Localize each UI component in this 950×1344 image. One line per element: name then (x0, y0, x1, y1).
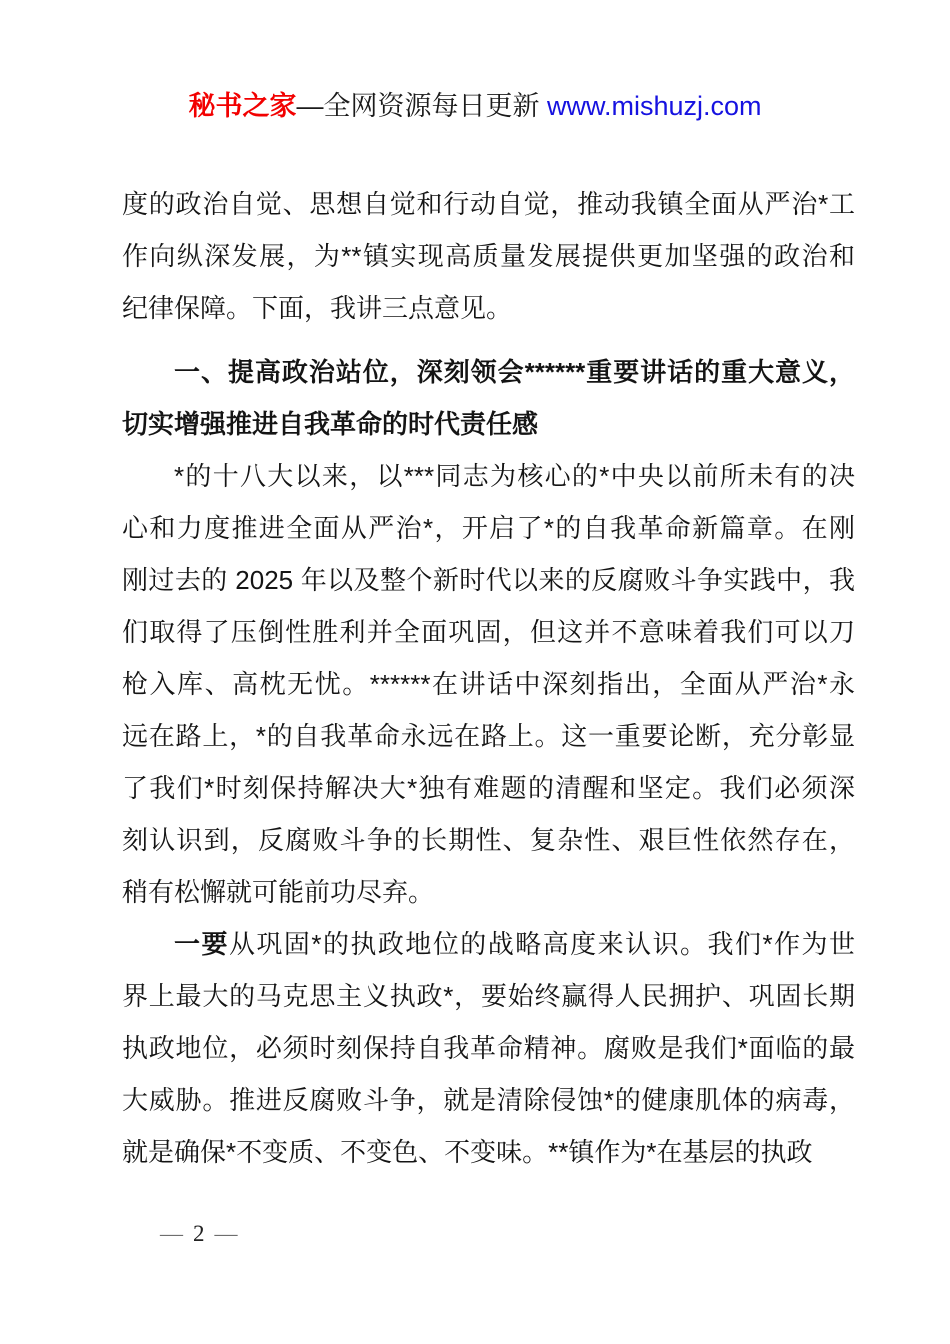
text-line: 枪入库、高枕无忧。******在讲话中深刻指出，全面从严治*永 (122, 658, 855, 710)
paragraph-3: 一要从巩固*的执政地位的战略高度来认识。我们*作为世界上最大的马克思主义执政*，… (122, 918, 855, 1178)
text-line: 界上最大的马克思主义执政*，要始终赢得人民拥护、巩固长期 (122, 970, 855, 1022)
text-line: 心和力度推进全面从严治*，开启了*的自我革命新篇章。在刚 (122, 502, 855, 554)
text-line: 刚过去的 2025 年以及整个新时代以来的反腐败斗争实践中，我 (122, 554, 855, 606)
header-url-link[interactable]: www.mishuzj.com (547, 91, 762, 121)
text-line: 纪律保障。下面，我讲三点意见。 (122, 282, 855, 334)
paragraph-continuation: 度的政治自觉、思想自觉和行动自觉，推动我镇全面从严治*工作向纵深发展，为**镇实… (122, 178, 855, 334)
section-heading-1: 一、提高政治站位，深刻领会******重要讲话的重大意义，切实增强推进自我革命的… (122, 346, 855, 450)
header-separator: — (296, 91, 323, 121)
text-line: 们取得了压倒性胜利并全面巩固，但这并不意味着我们可以刀 (122, 606, 855, 658)
text-line: 一要从巩固*的执政地位的战略高度来认识。我们*作为世 (122, 918, 855, 970)
paragraph-2: *的十八大以来，以***同志为核心的*中央以前所未有的决心和力度推进全面从严治*… (122, 450, 855, 918)
header-tagline: 全网资源每日更新 (323, 91, 539, 121)
page-number: —2— (160, 1220, 238, 1248)
page-number-right-dash: — (215, 1221, 238, 1246)
document-page: 秘书之家—全网资源每日更新 www.mishuzj.com 度的政治自觉、思想自… (0, 0, 950, 1344)
page-number-value: 2 (193, 1221, 205, 1246)
doc-body: 度的政治自觉、思想自觉和行动自觉，推动我镇全面从严治*工作向纵深发展，为**镇实… (122, 178, 855, 1178)
bold-lead: 一要 (174, 929, 229, 959)
text-line: 切实增强推进自我革命的时代责任感 (122, 398, 855, 450)
text-line: 就是确保*不变质、不变色、不变味。**镇作为*在基层的执政 (122, 1126, 855, 1178)
text-line: 了我们*时刻保持解决大*独有难题的清醒和坚定。我们必须深 (122, 762, 855, 814)
doc-header: 秘书之家—全网资源每日更新 www.mishuzj.com (0, 90, 950, 122)
text-line: 大威胁。推进反腐败斗争，就是清除侵蚀*的健康肌体的病毒， (122, 1074, 855, 1126)
text-line: *的十八大以来，以***同志为核心的*中央以前所未有的决 (122, 450, 855, 502)
text-line: 远在路上，*的自我革命永远在路上。这一重要论断，充分彰显 (122, 710, 855, 762)
text-line: 执政地位，必须时刻保持自我革命精神。腐败是我们*面临的最 (122, 1022, 855, 1074)
text-line: 稍有松懈就可能前功尽弃。 (122, 866, 855, 918)
text-line: 度的政治自觉、思想自觉和行动自觉，推动我镇全面从严治*工 (122, 178, 855, 230)
page-number-left-dash: — (160, 1221, 183, 1246)
text-line: 作向纵深发展，为**镇实现高质量发展提供更加坚强的政治和 (122, 230, 855, 282)
text-line: 一、提高政治站位，深刻领会******重要讲话的重大意义， (122, 346, 855, 398)
site-brand: 秘书之家 (188, 91, 296, 121)
text-line: 刻认识到，反腐败斗争的长期性、复杂性、艰巨性依然存在， (122, 814, 855, 866)
